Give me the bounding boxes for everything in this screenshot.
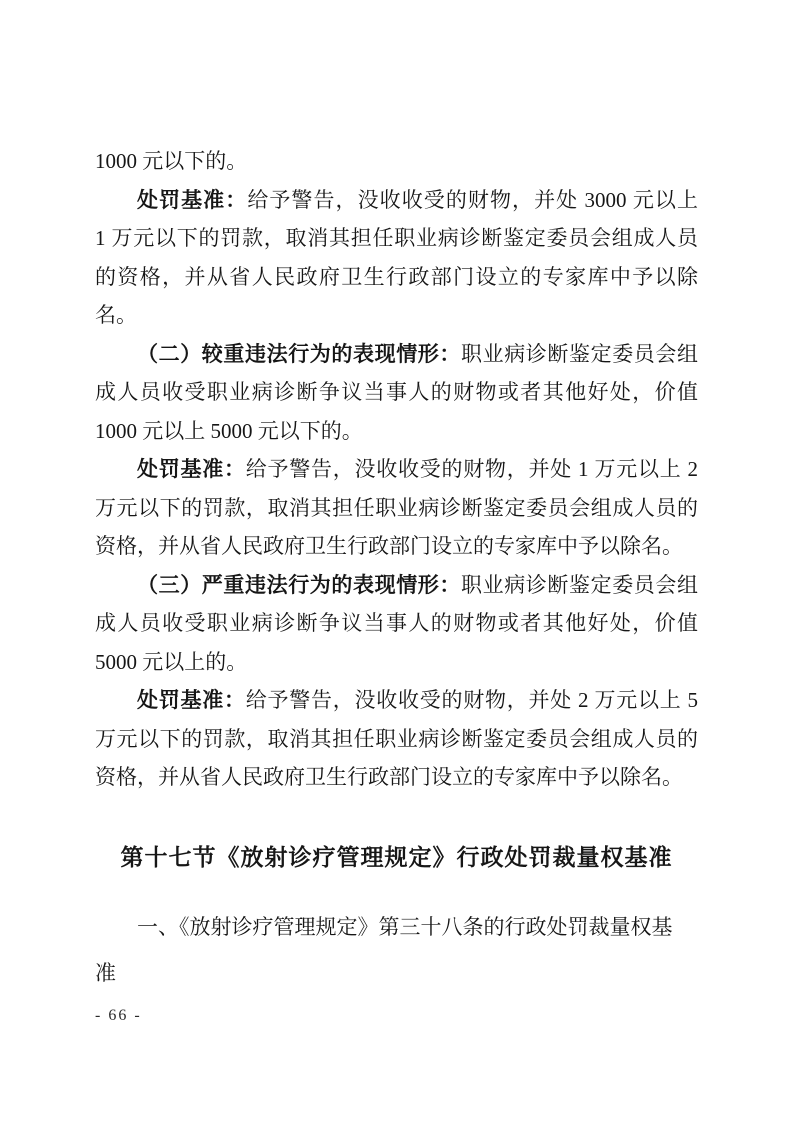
text-line: 处罚基准：给予警告，没收收受的财物，并处 1 万元以上 2 [95,450,698,489]
text-line: 名。 [95,296,698,335]
bold-lead: 处罚基准： [137,458,246,481]
paragraph: （二）较重违法行为的表现情形：职业病诊断鉴定委员会组成人员收受职业病诊断争议当事… [95,335,698,451]
section-heading: 第十七节《放射诊疗管理规定》行政处罚裁量权基准 [95,837,698,877]
subsection-line: 一、《放射诊疗管理规定》第三十八条的行政处罚裁量权基 [95,904,698,950]
paragraph: 处罚基准：给予警告，没收收受的财物，并处 3000 元以上1 万元以下的罚款，取… [95,181,698,335]
text-line: 处罚基准：给予警告，没收收受的财物，并处 2 万元以上 5 [95,681,698,720]
text-line: （三）严重违法行为的表现情形：职业病诊断鉴定委员会组 [95,566,698,605]
subsection-line: 准 [95,950,698,996]
text-line: 5000 元以上的。 [95,643,698,682]
text-line: 1000 元以下的。 [95,142,698,181]
text-line: 资格，并从省人民政府卫生行政部门设立的专家库中予以除名。 [95,758,698,797]
paragraph: 处罚基准：给予警告，没收收受的财物，并处 2 万元以上 5万元以下的罚款，取消其… [95,681,698,797]
bold-lead: （二）较重违法行为的表现情形： [137,343,461,366]
text-line: 万元以下的罚款，取消其担任职业病诊断鉴定委员会组成人员的 [95,720,698,759]
text-line: （二）较重违法行为的表现情形：职业病诊断鉴定委员会组 [95,335,698,374]
document-body: 1000 元以下的。处罚基准：给予警告，没收收受的财物，并处 3000 元以上1… [95,142,698,797]
subsection-heading: 一、《放射诊疗管理规定》第三十八条的行政处罚裁量权基准 [95,904,698,996]
page-number: - 66 - [95,1007,142,1025]
bold-lead: （三）严重违法行为的表现情形： [137,574,461,597]
bold-lead: 处罚基准： [137,689,246,712]
text-line: 1 万元以下的罚款，取消其担任职业病诊断鉴定委员会组成人员 [95,219,698,258]
document-page: 1000 元以下的。处罚基准：给予警告，没收收受的财物，并处 3000 元以上1… [0,0,793,1122]
bold-lead: 处罚基准： [137,189,247,212]
text-line: 1000 元以上 5000 元以下的。 [95,412,698,451]
text-line: 万元以下的罚款，取消其担任职业病诊断鉴定委员会组成人员的 [95,489,698,528]
text-line: 的资格，并从省人民政府卫生行政部门设立的专家库中予以除 [95,258,698,297]
paragraph: （三）严重违法行为的表现情形：职业病诊断鉴定委员会组成人员收受职业病诊断争议当事… [95,566,698,682]
text-line: 处罚基准：给予警告，没收收受的财物，并处 3000 元以上 [95,181,698,220]
paragraph: 处罚基准：给予警告，没收收受的财物，并处 1 万元以上 2万元以下的罚款，取消其… [95,450,698,566]
paragraph: 1000 元以下的。 [95,142,698,181]
text-line: 成人员收受职业病诊断争议当事人的财物或者其他好处，价值 [95,373,698,412]
text-line: 成人员收受职业病诊断争议当事人的财物或者其他好处，价值 [95,604,698,643]
text-line: 资格，并从省人民政府卫生行政部门设立的专家库中予以除名。 [95,527,698,566]
